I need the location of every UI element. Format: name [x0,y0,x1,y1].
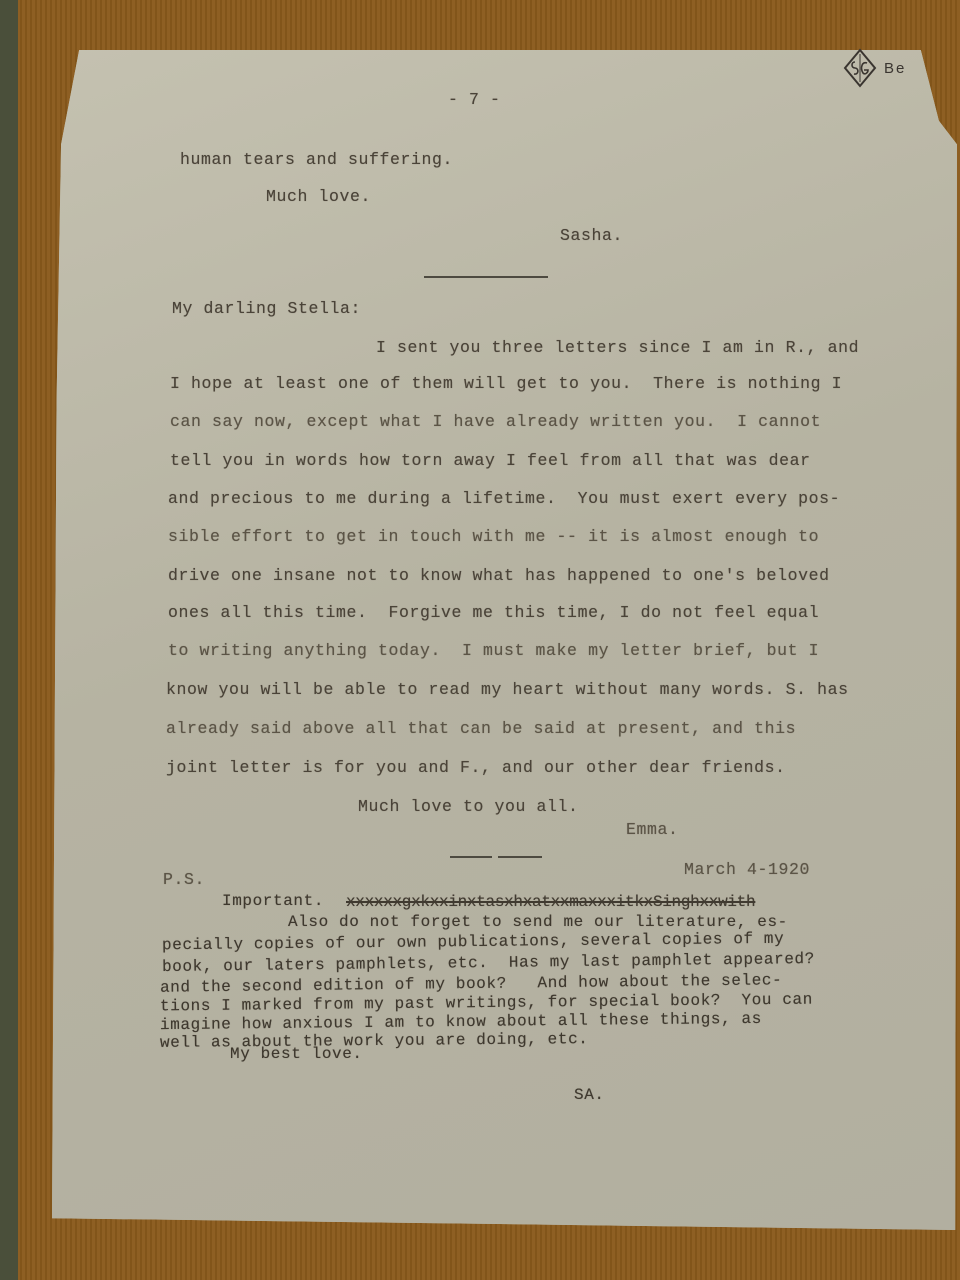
postscript-valediction: My best love. [230,1045,363,1063]
signature-sa: SA. [574,1086,605,1104]
letter-page [52,50,957,1230]
left-edge-strip [0,0,18,1280]
postscript-line: Also do not forget to send me our litera… [288,913,788,931]
signature-emma: Emma. [626,820,679,839]
letter-text-line: I hope at least one of them will get to … [170,374,842,393]
letter-text-line: and precious to me during a lifetime. Yo… [168,489,840,508]
archive-stamp-label: Be [884,60,906,77]
letter-text-line: I sent you three letters since I am in R… [376,338,859,357]
section-divider [498,856,542,858]
section-divider [424,276,548,278]
valediction: Much love. [266,187,371,206]
letter-text-line: human tears and suffering. [180,150,453,169]
letter-date: March 4-1920 [684,860,810,879]
archive-stamp-icon [843,48,877,88]
letter-text-line: tell you in words how torn away I feel f… [170,451,811,470]
letter-text-line: know you will be able to read my heart w… [166,680,849,699]
letter-text-line: can say now, except what I have already … [170,412,821,431]
letter-text-line: to writing anything today. I must make m… [168,641,819,660]
letter-text-line: already said above all that can be said … [166,719,796,738]
page-number: - 7 - [448,90,501,109]
letter-text-line: sible effort to get in touch with me -- … [168,527,819,546]
valediction: Much love to you all. [358,797,579,816]
letter-text-line: drive one insane not to know what has ha… [168,566,830,585]
letter-text-line: joint letter is for you and F., and our … [166,758,786,777]
section-divider [450,856,492,858]
salutation: My darling Stella: [172,299,361,318]
signature-sasha: Sasha. [560,226,623,245]
postscript-important: Important. [222,892,324,910]
postscript-line: well as about the work you are doing, et… [160,1030,589,1052]
letter-text-line: ones all this time. Forgive me this time… [168,603,819,622]
postscript-label: P.S. [163,870,205,889]
struck-out-text: xxxxxxgxkxxinxtasxhxatxxmaxxxitkxSinghxx… [346,893,755,911]
